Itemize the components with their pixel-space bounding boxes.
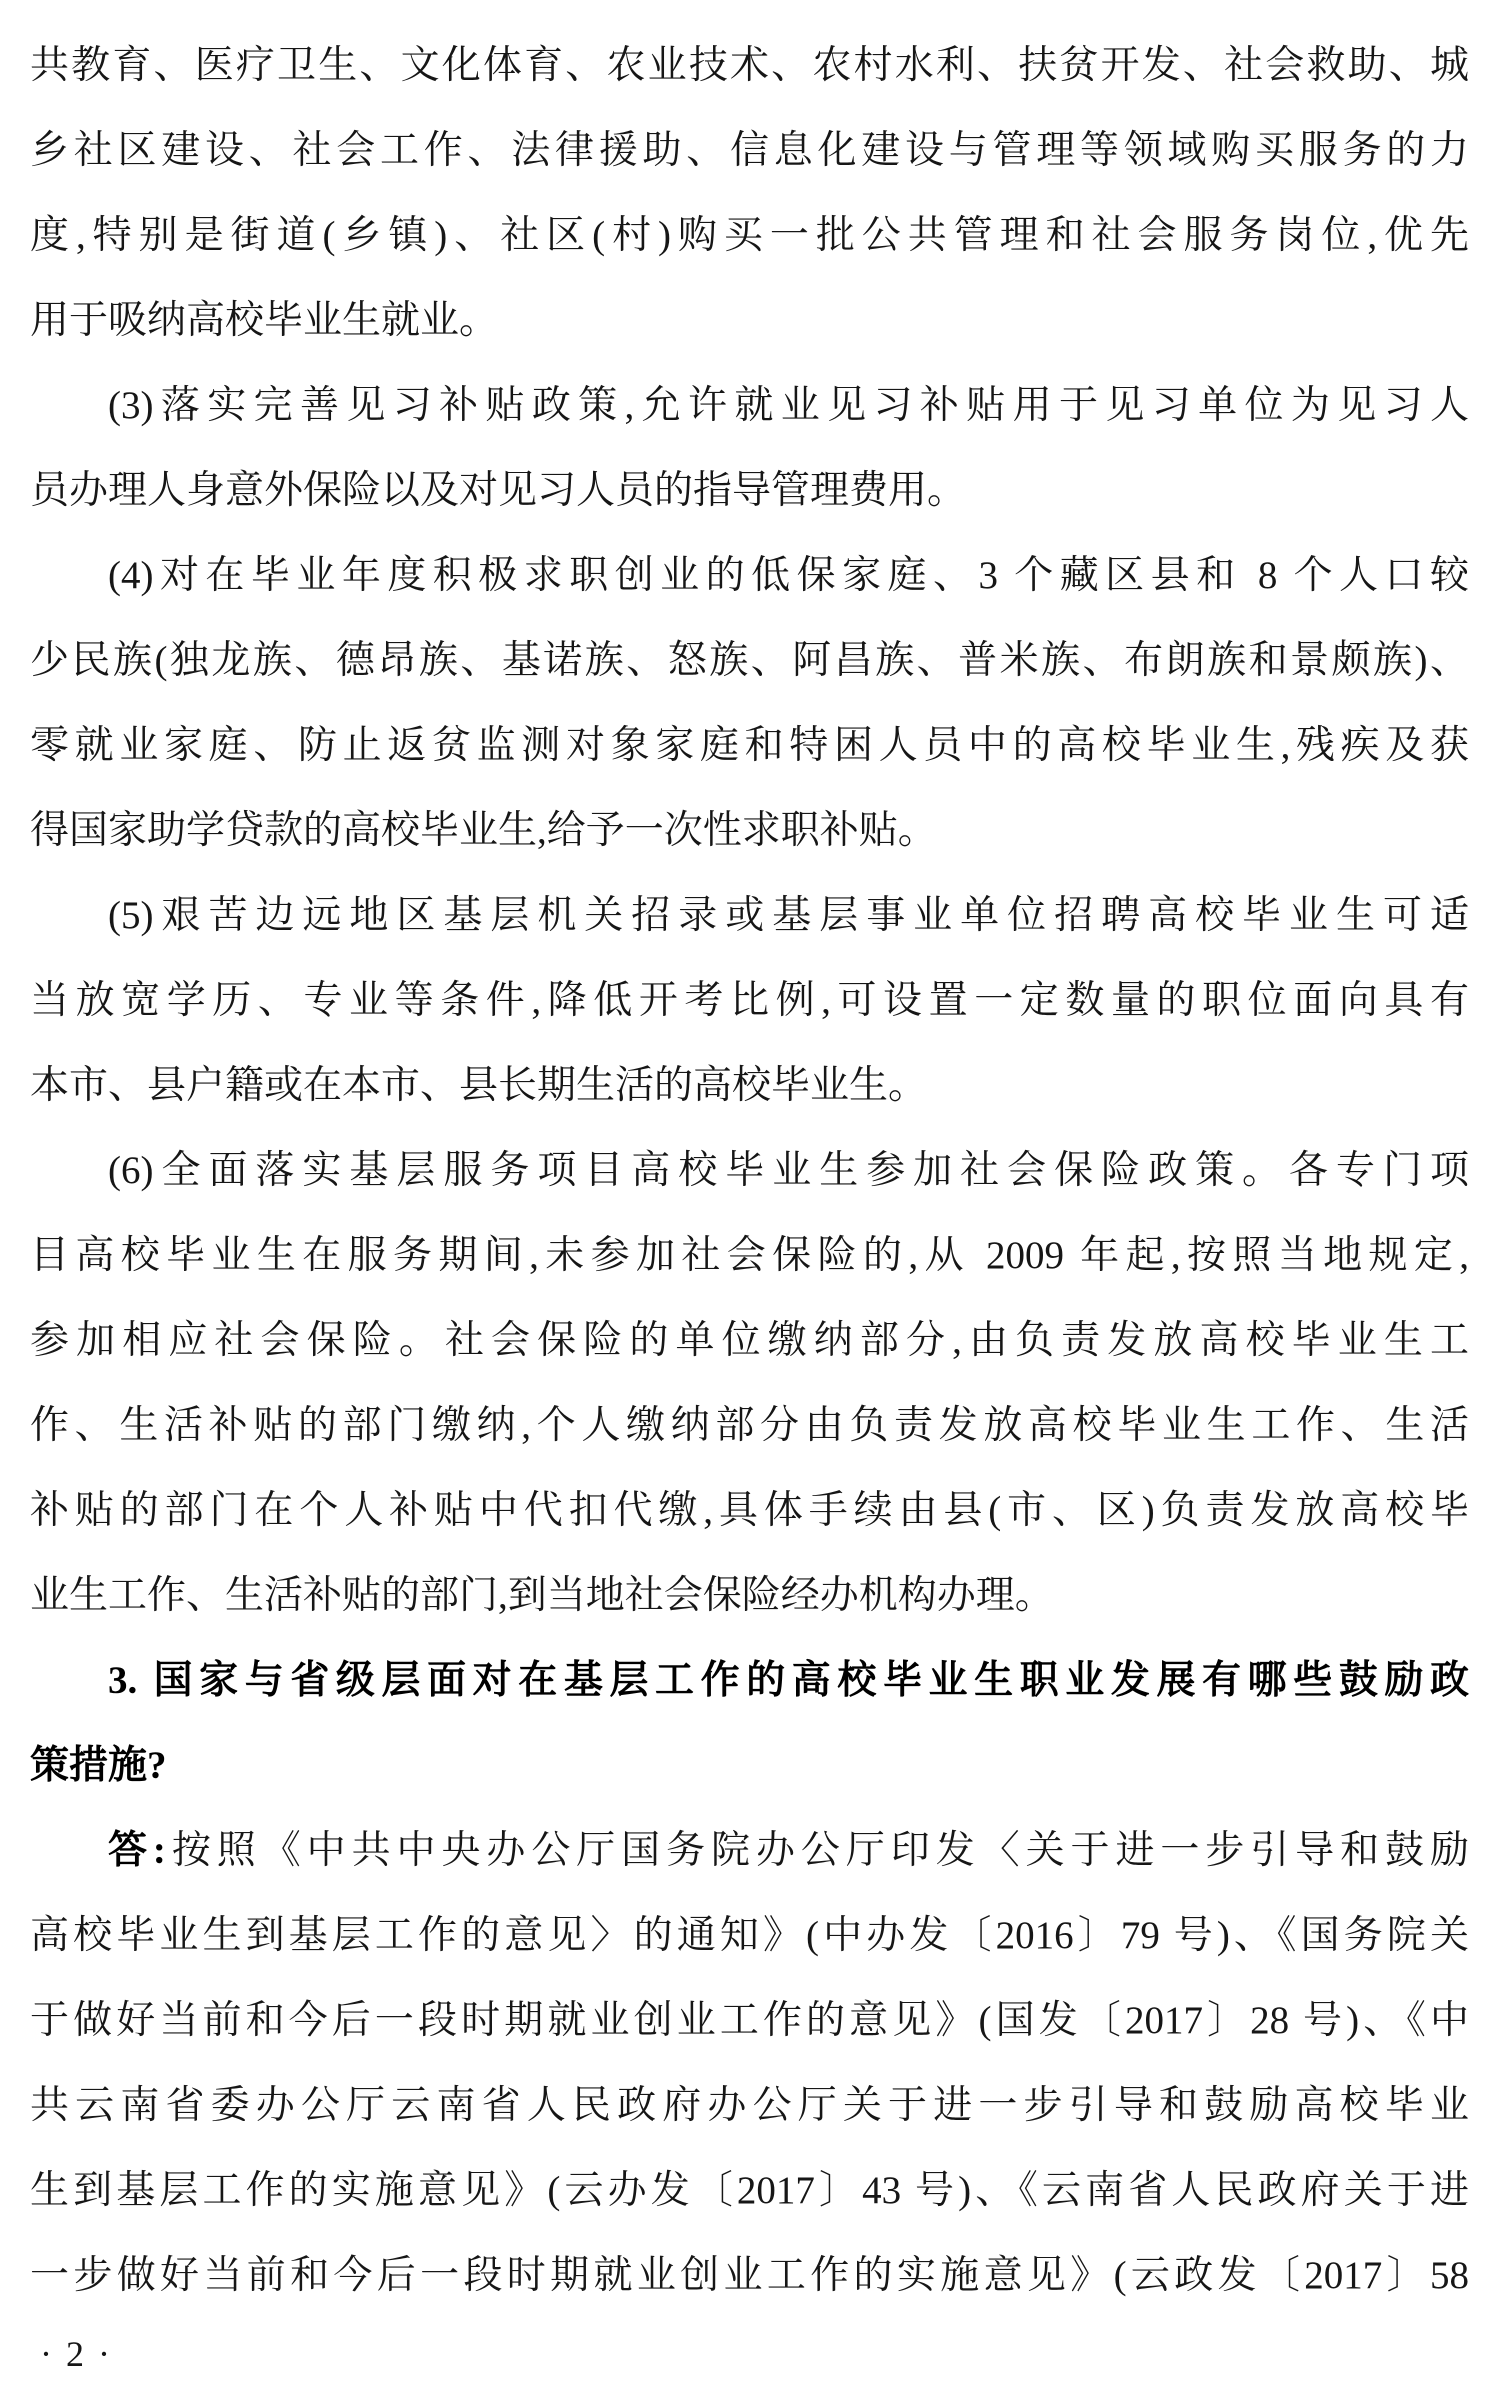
line-text: 生到基层工作的实施意见》(云办发〔2017〕43 号)、《云南省人民政府关于进 — [30, 2169, 1469, 2212]
text-line: 于做好当前和今后一段时期就业创业工作的意见》(国发〔2017〕28 号)、《中 — [30, 1978, 1469, 2063]
line-text: 目高校毕业生在服务期间,未参加社会保险的,从 2009 年起,按照当地规定, — [30, 1234, 1469, 1277]
line-text: 用于吸纳高校毕业生就业。 — [30, 299, 498, 342]
text-line: 目高校毕业生在服务期间,未参加社会保险的,从 2009 年起,按照当地规定, — [30, 1213, 1469, 1298]
page-footer: ·2· — [0, 2318, 1499, 2378]
line-text: 3. 国家与省级层面对在基层工作的高校毕业生职业发展有哪些鼓励政 — [108, 1659, 1469, 1702]
line-text: 于做好当前和今后一段时期就业创业工作的意见》(国发〔2017〕28 号)、《中 — [30, 1999, 1469, 2042]
text-line: 得国家助学贷款的高校毕业生,给予一次性求职补贴。 — [30, 788, 1469, 873]
page-number: ·2· — [40, 2334, 124, 2374]
text-line: 高校毕业生到基层工作的意见〉的通知》(中办发〔2016〕79 号)、《国务院关 — [30, 1893, 1469, 1978]
text-line: 乡社区建设、社会工作、法律援助、信息化建设与管理等领域购买服务的力 — [30, 108, 1469, 193]
text-line: 共教育、医疗卫生、文化体育、农业技术、农村水利、扶贫开发、社会救助、城 — [30, 23, 1469, 108]
line-text: (3)落实完善见习补贴政策,允许就业见习补贴用于见习单位为见习人 — [108, 384, 1469, 427]
text-line: 策措施? — [30, 1723, 1469, 1808]
text-line: 生到基层工作的实施意见》(云办发〔2017〕43 号)、《云南省人民政府关于进 — [30, 2148, 1469, 2233]
text-line: (4)对在毕业年度积极求职创业的低保家庭、3 个藏区县和 8 个人口较 — [30, 533, 1469, 618]
line-text: (6)全面落实基层服务项目高校毕业生参加社会保险政策。各专门项 — [108, 1149, 1469, 1192]
text-line: 少民族(独龙族、德昂族、基诺族、怒族、阿昌族、普米族、布朗族和景颇族)、 — [30, 618, 1469, 703]
text-line: 答:按照《中共中央办公厅国务院办公厅印发〈关于进一步引导和鼓励 — [30, 1808, 1469, 1893]
answer-label: 答: — [108, 1829, 166, 1872]
text-line: 用于吸纳高校毕业生就业。 — [30, 278, 1469, 363]
text-line: 本市、县户籍或在本市、县长期生活的高校毕业生。 — [30, 1043, 1469, 1128]
text-line: 共云南省委办公厅云南省人民政府办公厅关于进一步引导和鼓励高校毕业 — [30, 2063, 1469, 2148]
text-line: (3)落实完善见习补贴政策,允许就业见习补贴用于见习单位为见习人 — [30, 363, 1469, 448]
text-line: 员办理人身意外保险以及对见习人员的指导管理费用。 — [30, 448, 1469, 533]
document-page: 共教育、医疗卫生、文化体育、农业技术、农村水利、扶贫开发、社会救助、城乡社区建设… — [0, 0, 1499, 2395]
text-line: 一步做好当前和今后一段时期就业创业工作的实施意见》(云政发〔2017〕58 — [30, 2233, 1469, 2318]
line-text: (5)艰苦边远地区基层机关招录或基层事业单位招聘高校毕业生可适 — [108, 894, 1469, 937]
line-text: 乡社区建设、社会工作、法律援助、信息化建设与管理等领域购买服务的力 — [30, 129, 1469, 172]
line-text: 高校毕业生到基层工作的意见〉的通知》(中办发〔2016〕79 号)、《国务院关 — [30, 1914, 1469, 1957]
text-line: 作、生活补贴的部门缴纳,个人缴纳部分由负责发放高校毕业生工作、生活 — [30, 1383, 1469, 1468]
line-text: 共教育、医疗卫生、文化体育、农业技术、农村水利、扶贫开发、社会救助、城 — [30, 44, 1469, 87]
text-line: (6)全面落实基层服务项目高校毕业生参加社会保险政策。各专门项 — [30, 1128, 1469, 1213]
line-text: 补贴的部门在个人补贴中代扣代缴,具体手续由县(市、区)负责发放高校毕 — [30, 1489, 1469, 1532]
text-line: (5)艰苦边远地区基层机关招录或基层事业单位招聘高校毕业生可适 — [30, 873, 1469, 958]
line-text: 少民族(独龙族、德昂族、基诺族、怒族、阿昌族、普米族、布朗族和景颇族)、 — [30, 639, 1469, 682]
line-text: 参加相应社会保险。社会保险的单位缴纳部分,由负责发放高校毕业生工 — [30, 1319, 1469, 1362]
line-text: 零就业家庭、防止返贫监测对象家庭和特困人员中的高校毕业生,残疾及获 — [30, 724, 1469, 767]
text-line: 度,特别是街道(乡镇)、社区(村)购买一批公共管理和社会服务岗位,优先 — [30, 193, 1469, 278]
text-line: 当放宽学历、专业等条件,降低开考比例,可设置一定数量的职位面向具有 — [30, 958, 1469, 1043]
line-text: 业生工作、生活补贴的部门,到当地社会保险经办机构办理。 — [30, 1574, 1054, 1617]
text-line: 零就业家庭、防止返贫监测对象家庭和特困人员中的高校毕业生,残疾及获 — [30, 703, 1469, 788]
line-text: 一步做好当前和今后一段时期就业创业工作的实施意见》(云政发〔2017〕58 — [30, 2254, 1469, 2297]
text-line: 3. 国家与省级层面对在基层工作的高校毕业生职业发展有哪些鼓励政 — [30, 1638, 1469, 1723]
line-text: 度,特别是街道(乡镇)、社区(村)购买一批公共管理和社会服务岗位,优先 — [30, 214, 1469, 257]
text-line: 参加相应社会保险。社会保险的单位缴纳部分,由负责发放高校毕业生工 — [30, 1298, 1469, 1383]
text-line: 补贴的部门在个人补贴中代扣代缴,具体手续由县(市、区)负责发放高校毕 — [30, 1468, 1469, 1553]
line-text: 共云南省委办公厅云南省人民政府办公厅关于进一步引导和鼓励高校毕业 — [30, 2084, 1469, 2127]
line-text: 本市、县户籍或在本市、县长期生活的高校毕业生。 — [30, 1064, 927, 1107]
line-text: 员办理人身意外保险以及对见习人员的指导管理费用。 — [30, 469, 966, 512]
line-text: (4)对在毕业年度积极求职创业的低保家庭、3 个藏区县和 8 个人口较 — [108, 554, 1469, 597]
line-text: 作、生活补贴的部门缴纳,个人缴纳部分由负责发放高校毕业生工作、生活 — [30, 1404, 1469, 1447]
text-line: 业生工作、生活补贴的部门,到当地社会保险经办机构办理。 — [30, 1553, 1469, 1638]
document-body: 共教育、医疗卫生、文化体育、农业技术、农村水利、扶贫开发、社会救助、城乡社区建设… — [0, 0, 1499, 2318]
line-text: 按照《中共中央办公厅国务院办公厅印发〈关于进一步引导和鼓励 — [166, 1829, 1469, 1872]
line-text: 策措施? — [30, 1744, 167, 1787]
line-text: 得国家助学贷款的高校毕业生,给予一次性求职补贴。 — [30, 809, 937, 852]
line-text: 当放宽学历、专业等条件,降低开考比例,可设置一定数量的职位面向具有 — [30, 979, 1469, 1022]
